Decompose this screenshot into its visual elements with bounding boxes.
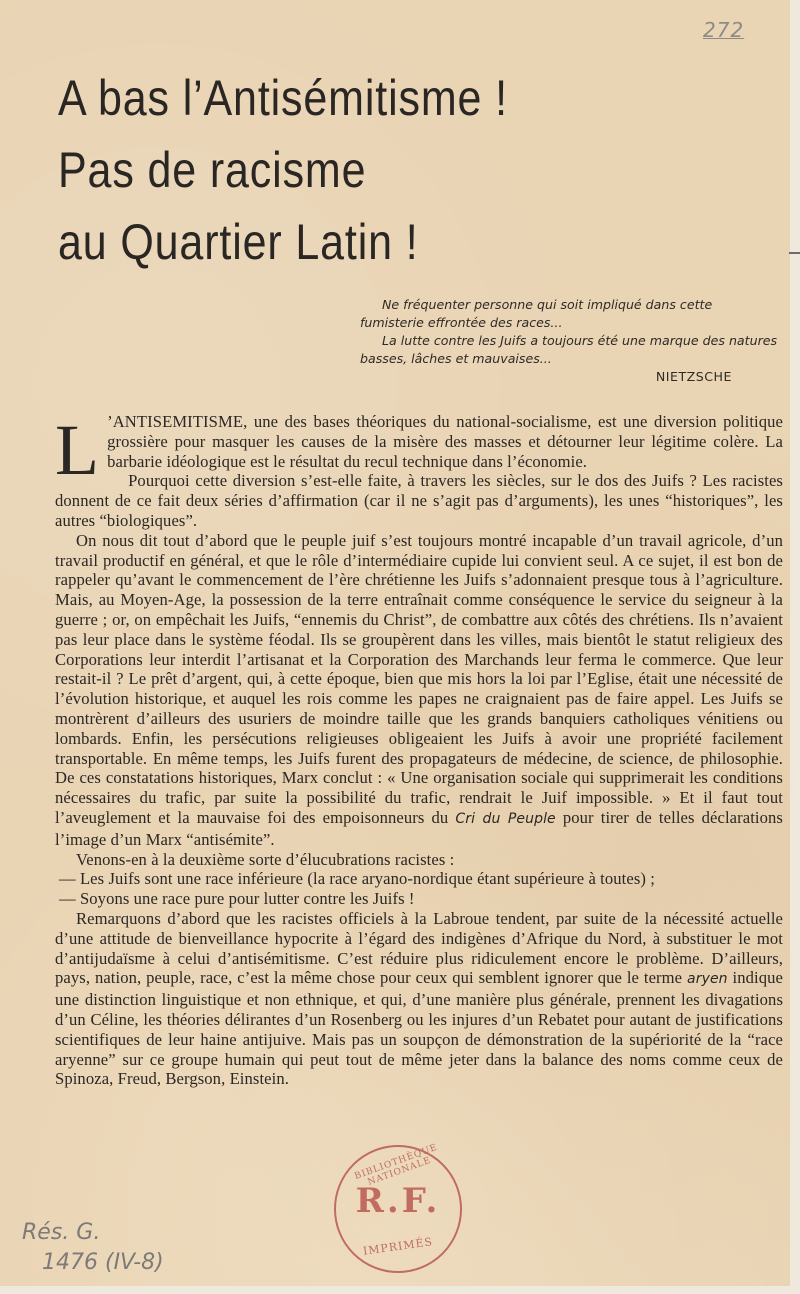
term-aryen: aryen xyxy=(687,971,728,987)
archive-page-number: 272 xyxy=(703,18,744,42)
paragraph-3: On nous dit tout d’abord que le peuple j… xyxy=(55,531,783,850)
headline-line-3: au Quartier Latin ! xyxy=(58,206,508,278)
library-stamp: BIBLIOTHÈQUE NATIONALE R.F. IMPRIMÉS xyxy=(334,1145,462,1273)
call-number-line-2: 1476 (IV-8) xyxy=(22,1248,164,1278)
epigraph-author: NIETZSCHE xyxy=(360,368,780,386)
call-number-line-1: Rés. G. xyxy=(22,1218,164,1248)
newspaper-title-cri-du-peuple: Cri du Peuple xyxy=(455,811,555,827)
epigraph-paragraph-2: La lutte contre les Juifs a toujours été… xyxy=(360,332,780,368)
paragraph-1-text: ’ANTISEMITISME, une des bases théoriques… xyxy=(107,412,783,471)
margin-tick-mark xyxy=(789,252,800,254)
list-item-2: — Soyons une race pure pour lutter contr… xyxy=(55,889,783,909)
headline-line-2: Pas de racisme xyxy=(58,134,508,206)
stamp-bottom-text: IMPRIMÉS xyxy=(336,1231,461,1261)
epigraph-paragraph-1: Ne fréquenter personne qui soit impliqué… xyxy=(360,296,780,332)
paragraph-4: Venons-en à la deuxième sorte d’élucubra… xyxy=(55,850,783,870)
paragraph-5-text-a: Remarquons d’abord que les racistes offi… xyxy=(55,909,783,987)
pencil-call-number: Rés. G. 1476 (IV-8) xyxy=(22,1218,164,1278)
paragraph-1: L’ANTISEMITISME, une des bases théorique… xyxy=(55,412,783,471)
document-page: 272 A bas l’Antisémitisme ! Pas de racis… xyxy=(0,0,790,1286)
drop-cap-letter: L xyxy=(55,414,107,480)
paragraph-2: Pourquoi cette diversion s’est-elle fait… xyxy=(55,471,783,530)
headline-line-1: A bas l’Antisémitisme ! xyxy=(58,62,508,134)
epigraph-quote: Ne fréquenter personne qui soit impliqué… xyxy=(360,296,780,386)
paragraph-5: Remarquons d’abord que les racistes offi… xyxy=(55,909,783,1089)
paragraph-3-text-a: On nous dit tout d’abord que le peuple j… xyxy=(55,531,783,827)
article-body: L’ANTISEMITISME, une des bases théorique… xyxy=(55,412,783,1089)
stamp-center-text: R.F. xyxy=(336,1181,460,1221)
headline: A bas l’Antisémitisme ! Pas de racisme a… xyxy=(58,62,508,278)
list-item-1: — Les Juifs sont une race inférieure (la… xyxy=(55,869,783,889)
